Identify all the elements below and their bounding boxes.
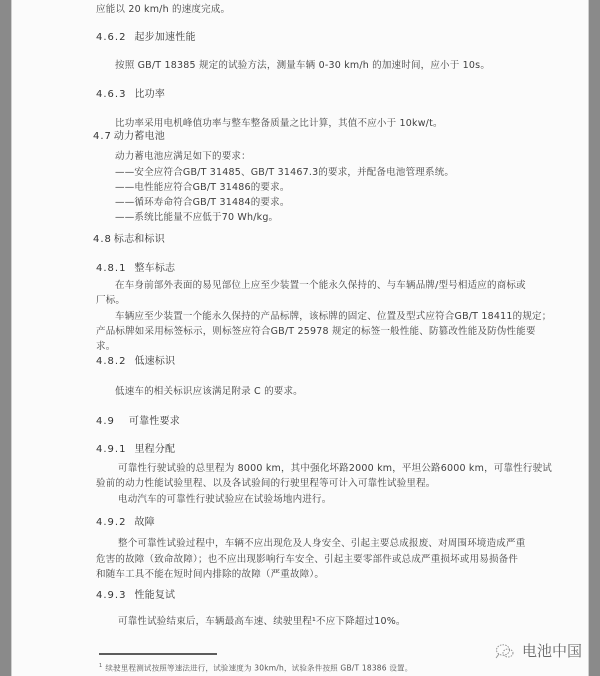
section-heading-4-8-1: 4.8.1整车标志 — [96, 263, 175, 275]
paragraph-line: 低速车的相关标识应该满足附录 C 的要求。 — [115, 386, 303, 398]
paragraph-line: 厂标。 — [96, 295, 125, 307]
footnote-divider — [99, 653, 217, 655]
section-title: 性能复试 — [134, 590, 175, 601]
paragraph-line: 验前的动力性能试验里程、以及各试验间的行驶里程等可计入可靠性试验里程。 — [96, 478, 436, 490]
section-heading-4-7: 4.7动力蓄电池 — [93, 131, 165, 143]
footnote: 1续驶里程测试按照等速法进行，试验速度为 30km/h，试验条件按照 GB/T … — [99, 660, 412, 675]
section-title: 比功率 — [134, 89, 165, 100]
section-number: 4.8 — [93, 234, 112, 246]
bullet-item: ——电性能应符合GB/T 31486的要求。 — [115, 182, 290, 194]
section-title: 低速标识 — [134, 356, 175, 367]
bullet-item: ——安全应符合GB/T 31485、GB/T 31467.3的要求，并配备电池管… — [115, 167, 454, 179]
section-heading-4-9-3: 4.9.3性能复试 — [96, 590, 175, 602]
section-number: 4.7 — [93, 131, 112, 143]
wechat-logo-icon — [494, 642, 516, 660]
section-title: 可靠性要求 — [129, 416, 180, 427]
paragraph-line: 按照 GB/T 18385 规定的试验方法，测量车辆 0-30 km/h 的加速… — [115, 60, 490, 72]
paragraph-line: 比功率采用电机峰值功率与整车整备质量之比计算，其值不应小于 10kw/t。 — [115, 118, 443, 130]
section-title: 故障 — [134, 517, 154, 528]
section-heading-4-9: 4.9可靠性要求 — [96, 416, 180, 428]
watermark: 电池中国 — [494, 640, 582, 661]
document-page: 应能以 20 km/h 的速度完成。 4.6.2起步加速性能 按照 GB/T 1… — [11, 0, 589, 676]
paragraph-line: 在车身前部外表面的易见部位上应至少装置一个能永久保持的、与车辆品牌/型号相适应的… — [115, 280, 526, 292]
section-number: 4.8.2 — [96, 356, 126, 368]
section-heading-4-6-3: 4.6.3比功率 — [96, 89, 165, 101]
bullet-item: ——循环寿命符合GB/T 31484的要求。 — [115, 197, 290, 209]
footnote-marker: 1 — [99, 663, 102, 669]
paragraph-line: 整个可靠性试验过程中，车辆不应出现危及人身安全、引起主要总成报废、对周围环境造成… — [118, 538, 525, 550]
section-title: 动力蓄电池 — [114, 131, 165, 142]
section-title: 整车标志 — [134, 263, 175, 274]
section-title: 起步加速性能 — [134, 32, 195, 43]
section-title: 标志和标识 — [114, 234, 165, 245]
section-number: 4.9.2 — [96, 517, 126, 529]
section-heading-4-6-2: 4.6.2起步加速性能 — [96, 32, 196, 44]
paragraph-line: 车辆应至少装置一个能永久保持的产品标牌，该标牌的固定、位置及型式应符合GB/T … — [115, 311, 551, 323]
paragraph-line: 动力蓄电池应满足如下的要求： — [115, 151, 251, 163]
paragraph-line: 应能以 20 km/h 的速度完成。 — [96, 4, 230, 16]
bullet-item: ——系统比能量不应低于70 Wh/kg。 — [115, 212, 278, 224]
paragraph-line: 可靠性行驶试验的总里程为 8000 km，其中强化坏路2000 km，平坦公路6… — [118, 463, 552, 475]
section-number: 4.9.3 — [96, 590, 126, 602]
paragraph-line: 求。 — [96, 341, 115, 353]
paragraph-line: 电动汽车的可靠性行驶试验应在试验场地内进行。 — [118, 494, 331, 506]
section-heading-4-8-2: 4.8.2低速标识 — [96, 356, 175, 368]
footnote-text: 续驶里程测试按照等速法进行，试验速度为 30km/h，试验条件按照 GB/T 1… — [105, 664, 412, 673]
watermark-text: 电池中国 — [522, 640, 582, 661]
section-number: 4.9 — [96, 416, 115, 428]
paragraph-line: 危害的故障（致命故障）；也不应出现影响行车安全、引起主要零部件或总成严重损坏或用… — [96, 554, 518, 566]
section-number: 4.6.3 — [96, 89, 126, 101]
section-number: 4.6.2 — [96, 32, 126, 44]
section-heading-4-9-1: 4.9.1里程分配 — [96, 444, 175, 456]
paragraph-line: 产品标牌如采用标签标示，则标签应符合GB/T 25978 规定的标签一般性能、防… — [96, 326, 536, 338]
section-title: 里程分配 — [134, 444, 175, 455]
paragraph-line: 可靠性试验结束后，车辆最高车速、续驶里程¹不应下降超过10%。 — [118, 616, 406, 628]
section-heading-4-8: 4.8标志和标识 — [93, 234, 165, 246]
section-heading-4-9-2: 4.9.2故障 — [96, 517, 155, 529]
section-number: 4.8.1 — [96, 263, 126, 275]
paragraph-line: 和随车工具不能在短时间内排除的故障（严重故障）。 — [96, 569, 324, 581]
section-number: 4.9.1 — [96, 444, 126, 456]
